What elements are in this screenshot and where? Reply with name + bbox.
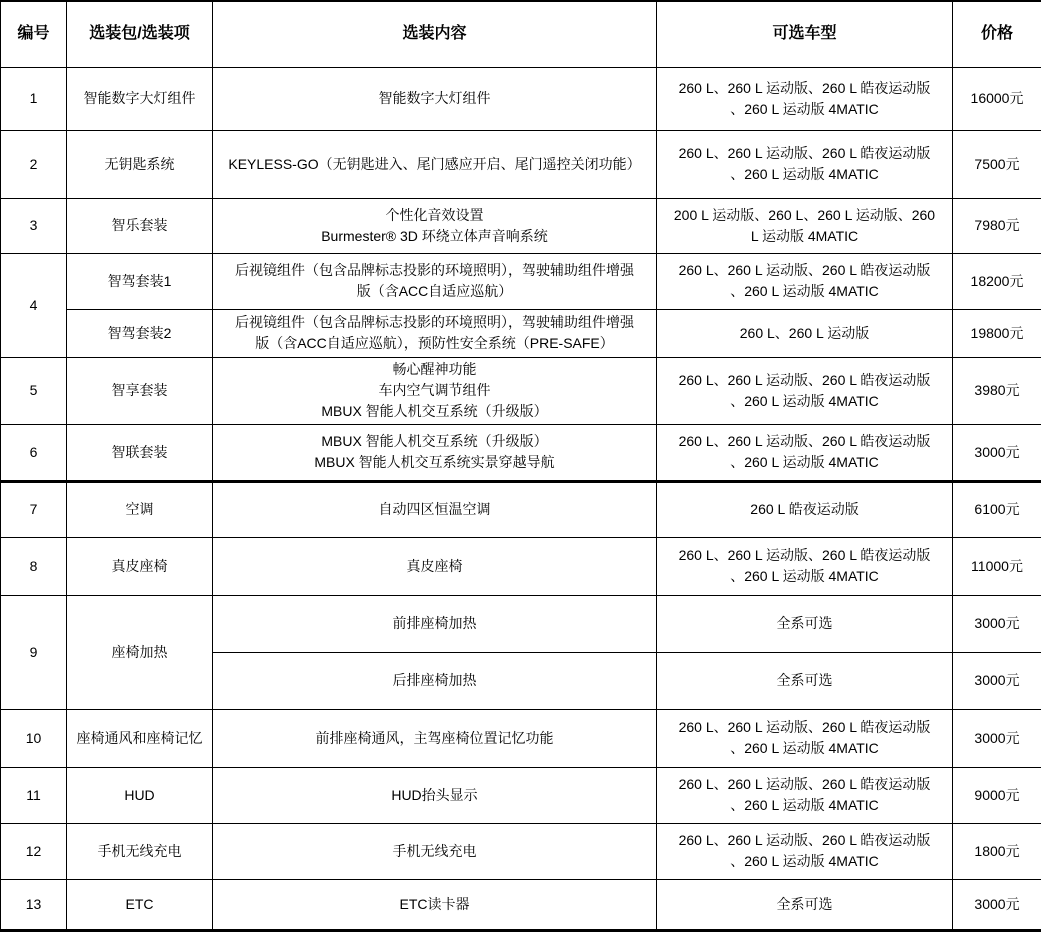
- package-cell: 真皮座椅: [67, 537, 213, 595]
- package-cell: 智乐套装: [67, 198, 213, 253]
- car-options-table: 编号 选装包/选装项 选装内容 可选车型 价格 1 智能数字大灯组件 智能数字大…: [0, 0, 1041, 932]
- table-row: 5 智享套装 畅心醒神功能 车内空气调节组件 MBUX 智能人机交互系统（升级版…: [1, 357, 1041, 424]
- row-number-cell: 4: [1, 253, 67, 357]
- table-row: 2 无钥匙系统 KEYLESS-GO（无钥匙进入、尾门感应开启、尾门遥控关闭功能…: [1, 130, 1041, 198]
- table-row: 7 空调 自动四区恒温空调 260 L 皓夜运动版 6100元: [1, 481, 1041, 537]
- content-cell: MBUX 智能人机交互系统（升级版） MBUX 智能人机交互系统实景穿越导航: [213, 424, 657, 481]
- table-row: 6 智联套装 MBUX 智能人机交互系统（升级版） MBUX 智能人机交互系统实…: [1, 424, 1041, 481]
- package-cell: 智驾套装2: [67, 309, 213, 357]
- header-content: 选装内容: [213, 1, 657, 67]
- content-cell: KEYLESS-GO（无钥匙进入、尾门感应开启、尾门遥控关闭功能）: [213, 130, 657, 198]
- table-row: 智驾套装2 后视镜组件（包含品牌标志投影的环境照明），驾驶辅助组件增强 版（含A…: [1, 309, 1041, 357]
- package-cell: 座椅加热: [67, 595, 213, 709]
- package-cell: 空调: [67, 481, 213, 537]
- models-cell: 260 L、260 L 运动版: [657, 309, 953, 357]
- content-cell: 自动四区恒温空调: [213, 481, 657, 537]
- models-cell: 全系可选: [657, 879, 953, 930]
- header-number: 编号: [1, 1, 67, 67]
- row-number-cell: 7: [1, 481, 67, 537]
- price-cell: 7980元: [953, 198, 1041, 253]
- price-cell: 3000元: [953, 424, 1041, 481]
- header-row: 编号 选装包/选装项 选装内容 可选车型 价格: [1, 1, 1041, 67]
- row-number-cell: 6: [1, 424, 67, 481]
- header-price: 价格: [953, 1, 1041, 67]
- row-number-cell: 10: [1, 709, 67, 767]
- price-cell: 3000元: [953, 709, 1041, 767]
- price-cell: 9000元: [953, 767, 1041, 823]
- package-cell: 座椅通风和座椅记忆: [67, 709, 213, 767]
- table-row: 8 真皮座椅 真皮座椅 260 L、260 L 运动版、260 L 皓夜运动版 …: [1, 537, 1041, 595]
- content-cell: 真皮座椅: [213, 537, 657, 595]
- price-cell: 16000元: [953, 67, 1041, 130]
- package-cell: 智能数字大灯组件: [67, 67, 213, 130]
- price-cell: 3980元: [953, 357, 1041, 424]
- models-cell: 260 L、260 L 运动版、260 L 皓夜运动版 、260 L 运动版 4…: [657, 67, 953, 130]
- price-cell: 19800元: [953, 309, 1041, 357]
- content-cell: 后视镜组件（包含品牌标志投影的环境照明），驾驶辅助组件增强 版（含ACC自适应巡…: [213, 309, 657, 357]
- row-number-cell: 9: [1, 595, 67, 709]
- package-cell: 无钥匙系统: [67, 130, 213, 198]
- models-cell: 200 L 运动版、260 L、260 L 运动版、260 L 运动版 4MAT…: [657, 198, 953, 253]
- row-number-cell: 13: [1, 879, 67, 930]
- price-cell: 11000元: [953, 537, 1041, 595]
- table-row: 12 手机无线充电 手机无线充电 260 L、260 L 运动版、260 L 皓…: [1, 823, 1041, 879]
- table-row: 4 智驾套装1 后视镜组件（包含品牌标志投影的环境照明），驾驶辅助组件增强 版（…: [1, 253, 1041, 309]
- content-cell: 个性化音效设置 Burmester® 3D 环绕立体声音响系统: [213, 198, 657, 253]
- table-row: 9 座椅加热 前排座椅加热 全系可选 3000元: [1, 595, 1041, 652]
- package-cell: ETC: [67, 879, 213, 930]
- models-cell: 260 L、260 L 运动版、260 L 皓夜运动版 、260 L 运动版 4…: [657, 357, 953, 424]
- models-cell: 260 L、260 L 运动版、260 L 皓夜运动版 、260 L 运动版 4…: [657, 823, 953, 879]
- models-cell: 260 L、260 L 运动版、260 L 皓夜运动版 、260 L 运动版 4…: [657, 767, 953, 823]
- price-cell: 18200元: [953, 253, 1041, 309]
- content-cell: HUD抬头显示: [213, 767, 657, 823]
- content-cell: 后排座椅加热: [213, 652, 657, 709]
- package-cell: 智享套装: [67, 357, 213, 424]
- content-cell: ETC读卡器: [213, 879, 657, 930]
- row-number-cell: 12: [1, 823, 67, 879]
- package-cell: 智驾套装1: [67, 253, 213, 309]
- row-number-cell: 11: [1, 767, 67, 823]
- models-cell: 全系可选: [657, 595, 953, 652]
- models-cell: 260 L、260 L 运动版、260 L 皓夜运动版 、260 L 运动版 4…: [657, 130, 953, 198]
- content-cell: 畅心醒神功能 车内空气调节组件 MBUX 智能人机交互系统（升级版）: [213, 357, 657, 424]
- price-cell: 3000元: [953, 652, 1041, 709]
- price-cell: 7500元: [953, 130, 1041, 198]
- table-row: 13 ETC ETC读卡器 全系可选 3000元: [1, 879, 1041, 930]
- price-cell: 3000元: [953, 595, 1041, 652]
- models-cell: 260 L 皓夜运动版: [657, 481, 953, 537]
- table-row: 1 智能数字大灯组件 智能数字大灯组件 260 L、260 L 运动版、260 …: [1, 67, 1041, 130]
- models-cell: 260 L、260 L 运动版、260 L 皓夜运动版 、260 L 运动版 4…: [657, 537, 953, 595]
- models-cell: 260 L、260 L 运动版、260 L 皓夜运动版 、260 L 运动版 4…: [657, 424, 953, 481]
- header-package: 选装包/选装项: [67, 1, 213, 67]
- price-cell: 1800元: [953, 823, 1041, 879]
- price-cell: 6100元: [953, 481, 1041, 537]
- content-cell: 手机无线充电: [213, 823, 657, 879]
- content-cell: 智能数字大灯组件: [213, 67, 657, 130]
- content-cell: 前排座椅加热: [213, 595, 657, 652]
- table-row: 10 座椅通风和座椅记忆 前排座椅通风，主驾座椅位置记忆功能 260 L、260…: [1, 709, 1041, 767]
- models-cell: 260 L、260 L 运动版、260 L 皓夜运动版 、260 L 运动版 4…: [657, 253, 953, 309]
- package-cell: HUD: [67, 767, 213, 823]
- header-models: 可选车型: [657, 1, 953, 67]
- table-row: 3 智乐套装 个性化音效设置 Burmester® 3D 环绕立体声音响系统 2…: [1, 198, 1041, 253]
- row-number-cell: 2: [1, 130, 67, 198]
- row-number-cell: 1: [1, 67, 67, 130]
- content-cell: 前排座椅通风，主驾座椅位置记忆功能: [213, 709, 657, 767]
- table-row: 11 HUD HUD抬头显示 260 L、260 L 运动版、260 L 皓夜运…: [1, 767, 1041, 823]
- price-cell: 3000元: [953, 879, 1041, 930]
- content-cell: 后视镜组件（包含品牌标志投影的环境照明），驾驶辅助组件增强 版（含ACC自适应巡…: [213, 253, 657, 309]
- package-cell: 手机无线充电: [67, 823, 213, 879]
- models-cell: 全系可选: [657, 652, 953, 709]
- package-cell: 智联套装: [67, 424, 213, 481]
- models-cell: 260 L、260 L 运动版、260 L 皓夜运动版 、260 L 运动版 4…: [657, 709, 953, 767]
- row-number-cell: 8: [1, 537, 67, 595]
- row-number-cell: 5: [1, 357, 67, 424]
- row-number-cell: 3: [1, 198, 67, 253]
